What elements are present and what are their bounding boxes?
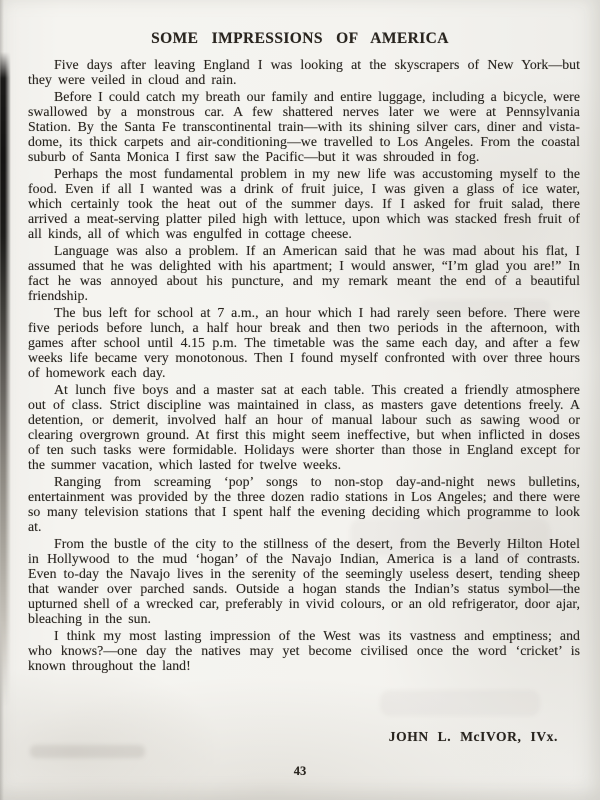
article-paragraph: Five days after leaving England I was lo… [28, 57, 580, 87]
article-title: SOME IMPRESSIONS OF AMERICA [0, 30, 600, 48]
article-body: Five days after leaving England I was lo… [28, 57, 580, 675]
article-paragraph: Language was also a problem. If an Ameri… [28, 243, 580, 303]
scanned-document-page: SOME IMPRESSIONS OF AMERICA Five days af… [0, 0, 600, 800]
author-byline: JOHN L. McIVOR, IVx. [389, 729, 558, 745]
binding-shadow [0, 52, 11, 707]
article-paragraph: I think my most lasting impression of th… [28, 628, 580, 673]
page-number: 43 [0, 764, 600, 779]
article-paragraph: Ranging from screaming ‘pop’ songs to no… [28, 474, 580, 534]
article-paragraph: Before I could catch my breath our famil… [28, 89, 580, 164]
article-paragraph: Perhaps the most fundamental problem in … [28, 166, 580, 241]
article-paragraph: From the bustle of the city to the still… [28, 536, 580, 626]
bleed-through-smudge [380, 690, 540, 716]
article-paragraph: At lunch five boys and a master sat at e… [28, 382, 580, 472]
article-paragraph: The bus left for school at 7 a.m., an ho… [28, 305, 580, 380]
bleed-through-smudge [30, 745, 145, 758]
